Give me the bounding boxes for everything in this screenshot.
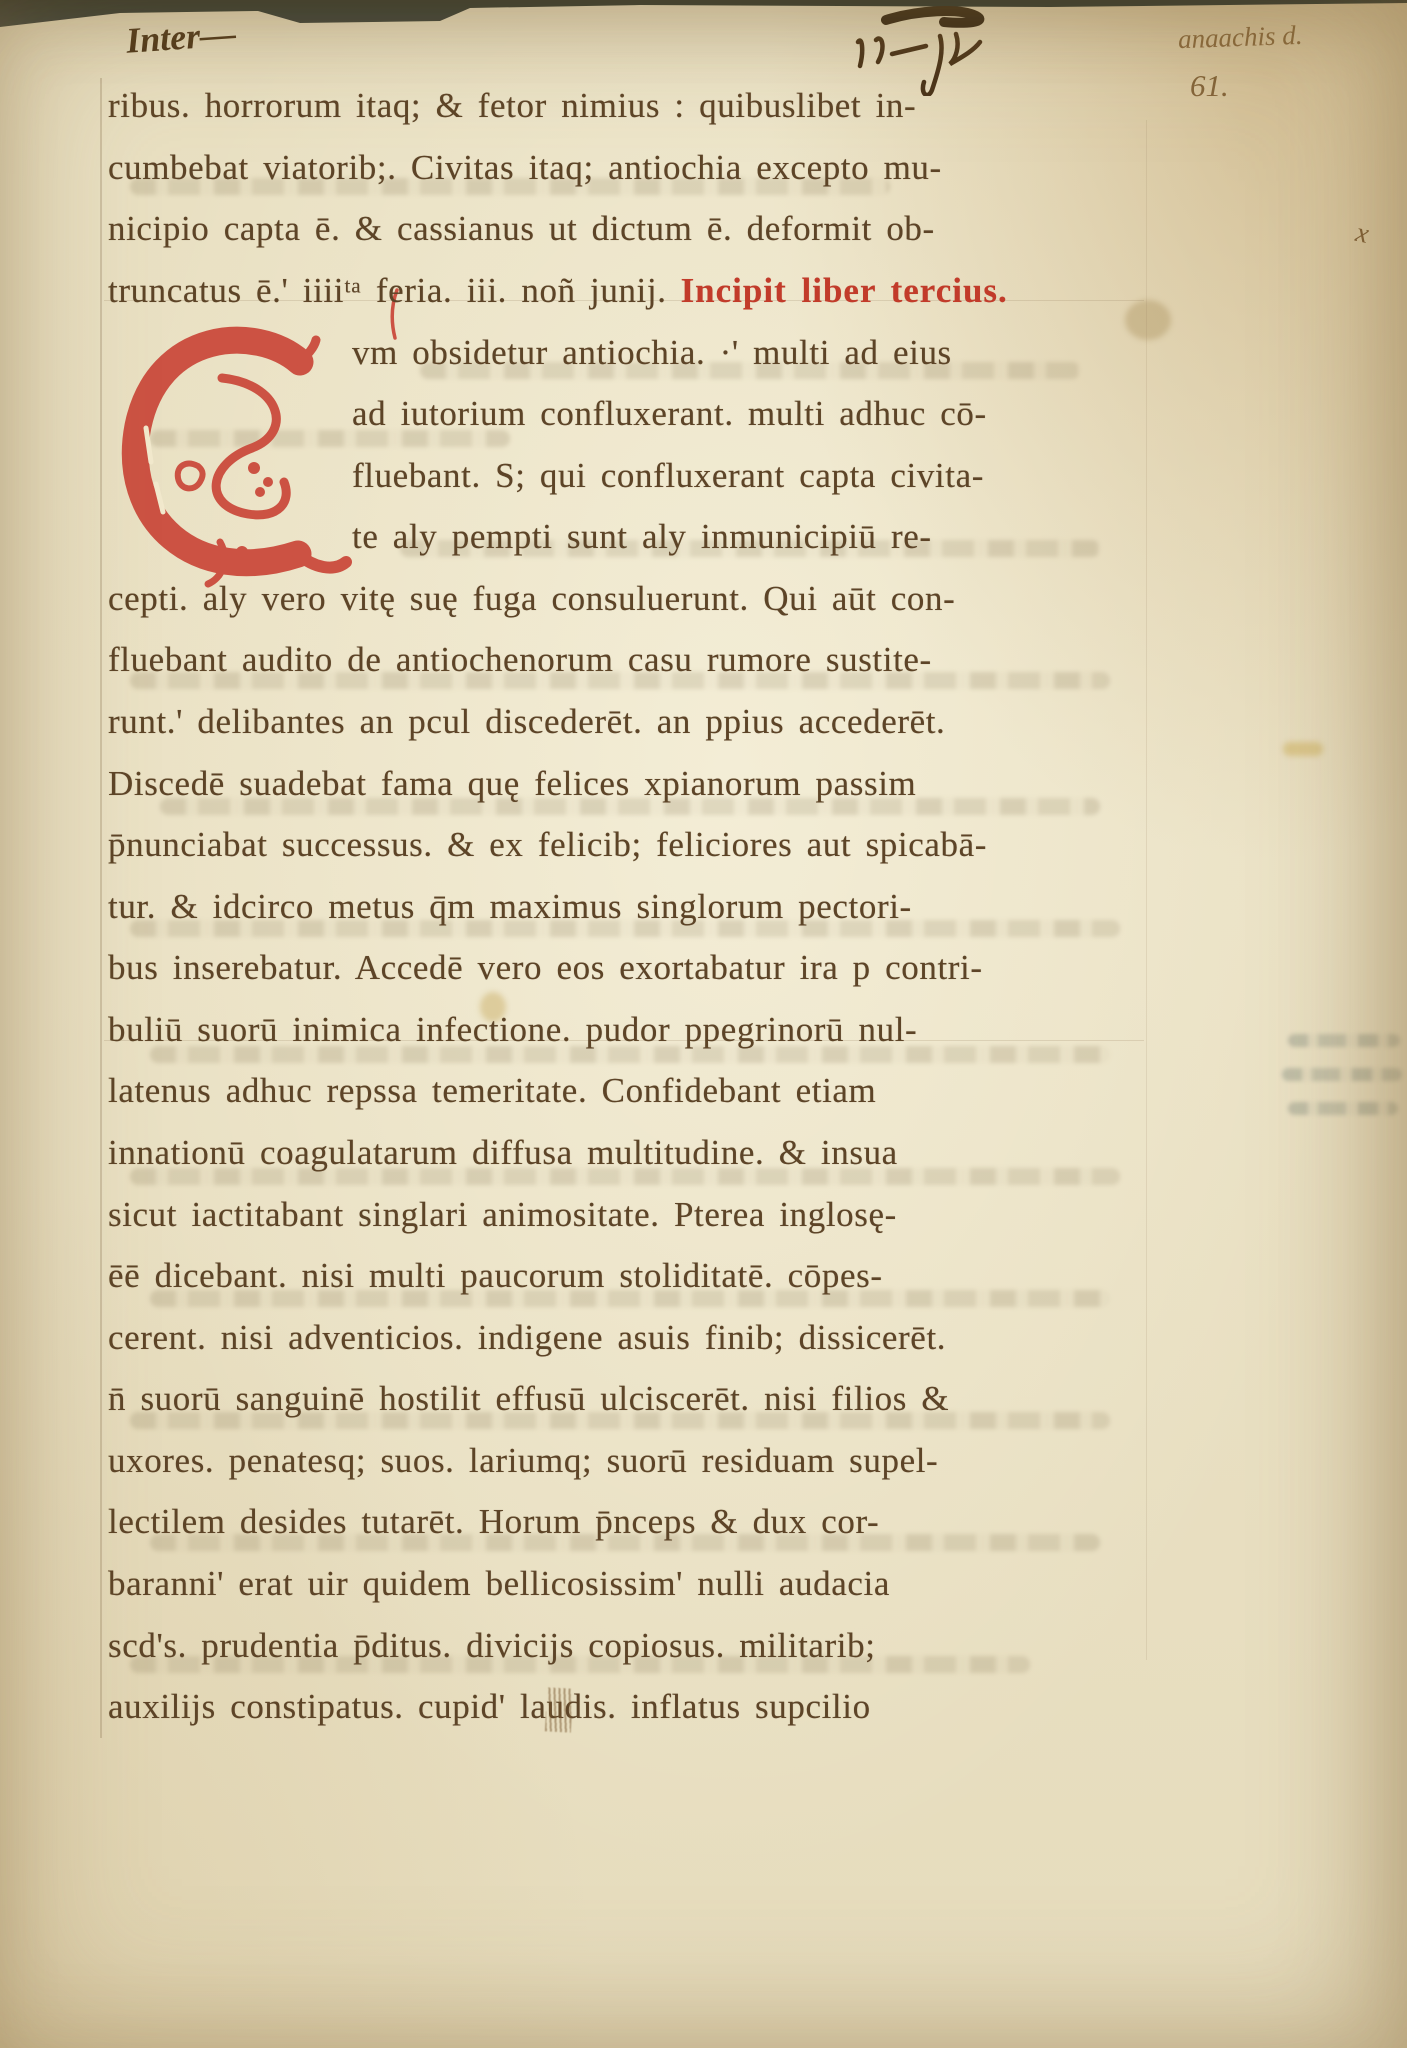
manuscript-page: Inter— anaachis d. 61. x ribus (0, 0, 1407, 2048)
manuscript-line: vm obsidetur antiochia. ·' multi ad eius (352, 333, 952, 373)
manuscript-line: tur. & idcirco metus q̄m maximus singlor… (108, 887, 912, 927)
margin-rule-right (1146, 120, 1147, 1660)
hatch-correction-mark (545, 1687, 573, 1732)
manuscript-line: ad iutorium confluxerant. multi adhuc cō… (352, 394, 987, 434)
manuscript-line: p̄nunciabat successus. & ex felicib; fel… (108, 825, 987, 865)
manuscript-line: ēē dicebant. nisi multi paucorum stolidi… (108, 1256, 883, 1296)
manuscript-line: n̄ suorū sanguinē hostilit effusū ulcisc… (108, 1379, 949, 1419)
folio-number: 61. (1190, 68, 1229, 104)
bleedthrough-margin-note (1288, 1102, 1398, 1115)
manuscript-line: truncatus ē.' iiiiᵗᵃ feria. iii. noñ jun… (108, 271, 1008, 311)
manuscript-line: uxores. penatesq; suos. lariumq; suorū r… (108, 1441, 938, 1481)
manuscript-line: Discedē suadebat fama quę felices xpiano… (108, 764, 916, 804)
manuscript-line: innationū coagulatarum diffusa multitudi… (108, 1133, 898, 1173)
margin-mark: x (1353, 217, 1372, 251)
manuscript-line: ribus. horrorum itaq; & fetor nimius : q… (108, 86, 916, 126)
manuscript-line: auxilijs constipatus. cupid' laudis. inf… (108, 1687, 871, 1727)
manuscript-line: baranni' erat uir quidem bellicosissim' … (108, 1564, 890, 1604)
manuscript-line: bus inserebatur. Accedē vero eos exortab… (108, 948, 983, 988)
parchment-stain (1283, 742, 1323, 756)
line-text: truncatus ē.' iiiiᵗᵃ feria. iii. noñ jun… (108, 271, 667, 310)
manuscript-line: cerent. nisi adventicios. indigene asuis… (108, 1318, 946, 1358)
parchment-stain (1125, 300, 1171, 340)
top-left-scribble: Inter— (125, 12, 238, 62)
manuscript-line: sicut iactitabant singlari animositate. … (108, 1195, 897, 1235)
manuscript-line: fluebant. S; qui confluxerant capta civi… (352, 456, 984, 496)
manuscript-line: scd's. prudentia p̄ditus. divicijs copio… (108, 1626, 876, 1666)
manuscript-line: lectilem desides tutarēt. Horum p̄nceps … (108, 1502, 879, 1542)
top-right-note: anaachis d. (1177, 20, 1303, 55)
bleedthrough-margin-note (1282, 1068, 1402, 1081)
manuscript-line: buliū suorū inimica infectione. pudor pp… (108, 1010, 917, 1050)
manuscript-line: fluebant audito de antiochenorum casu ru… (108, 640, 932, 680)
rubric-incipit: Incipit liber tercius. (667, 271, 1008, 310)
manuscript-line: te aly pempti sunt aly inmunicipiū re- (352, 517, 932, 557)
manuscript-line: cepti. aly vero vitę suę fuga consulueru… (108, 579, 955, 619)
manuscript-line: cumbebat viatorib;. Civitas itaq; antioc… (108, 148, 942, 188)
manuscript-line: latenus adhuc repssa temeritate. Confide… (108, 1071, 876, 1111)
illuminated-initial-C (102, 316, 352, 606)
manuscript-line: nicipio capta ē. & cassianus ut dictum ē… (108, 209, 935, 249)
manuscript-line: runt.' delibantes an pcul discederēt. an… (108, 702, 945, 742)
bleedthrough-margin-note (1288, 1034, 1400, 1047)
